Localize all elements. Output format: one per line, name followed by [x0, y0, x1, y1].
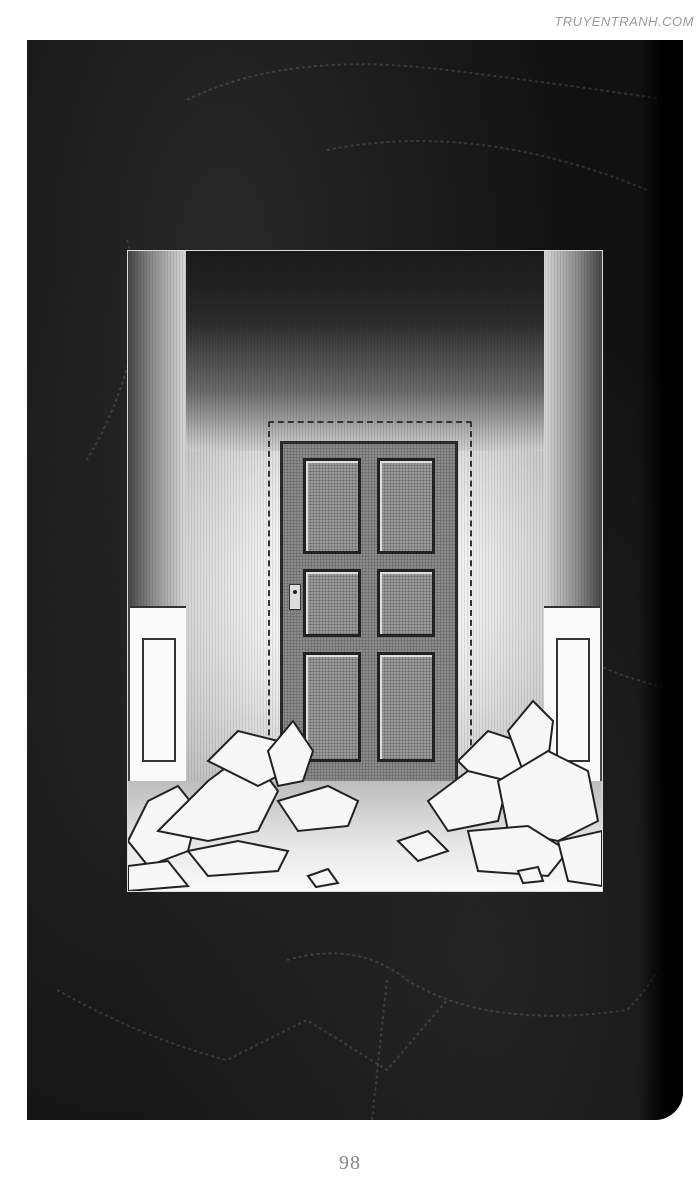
- page-number: 98: [0, 1152, 700, 1175]
- door-panel: [303, 458, 361, 554]
- door-latch-icon: [289, 584, 301, 610]
- door-panel: [377, 569, 435, 637]
- site-watermark: TRUYENTRANH.COM: [554, 14, 694, 29]
- door-panel: [377, 458, 435, 554]
- rubble-piles: [128, 691, 602, 891]
- illustration-panel: [127, 250, 603, 892]
- door-panel: [303, 569, 361, 637]
- frame-edge-shadow: [638, 40, 683, 1120]
